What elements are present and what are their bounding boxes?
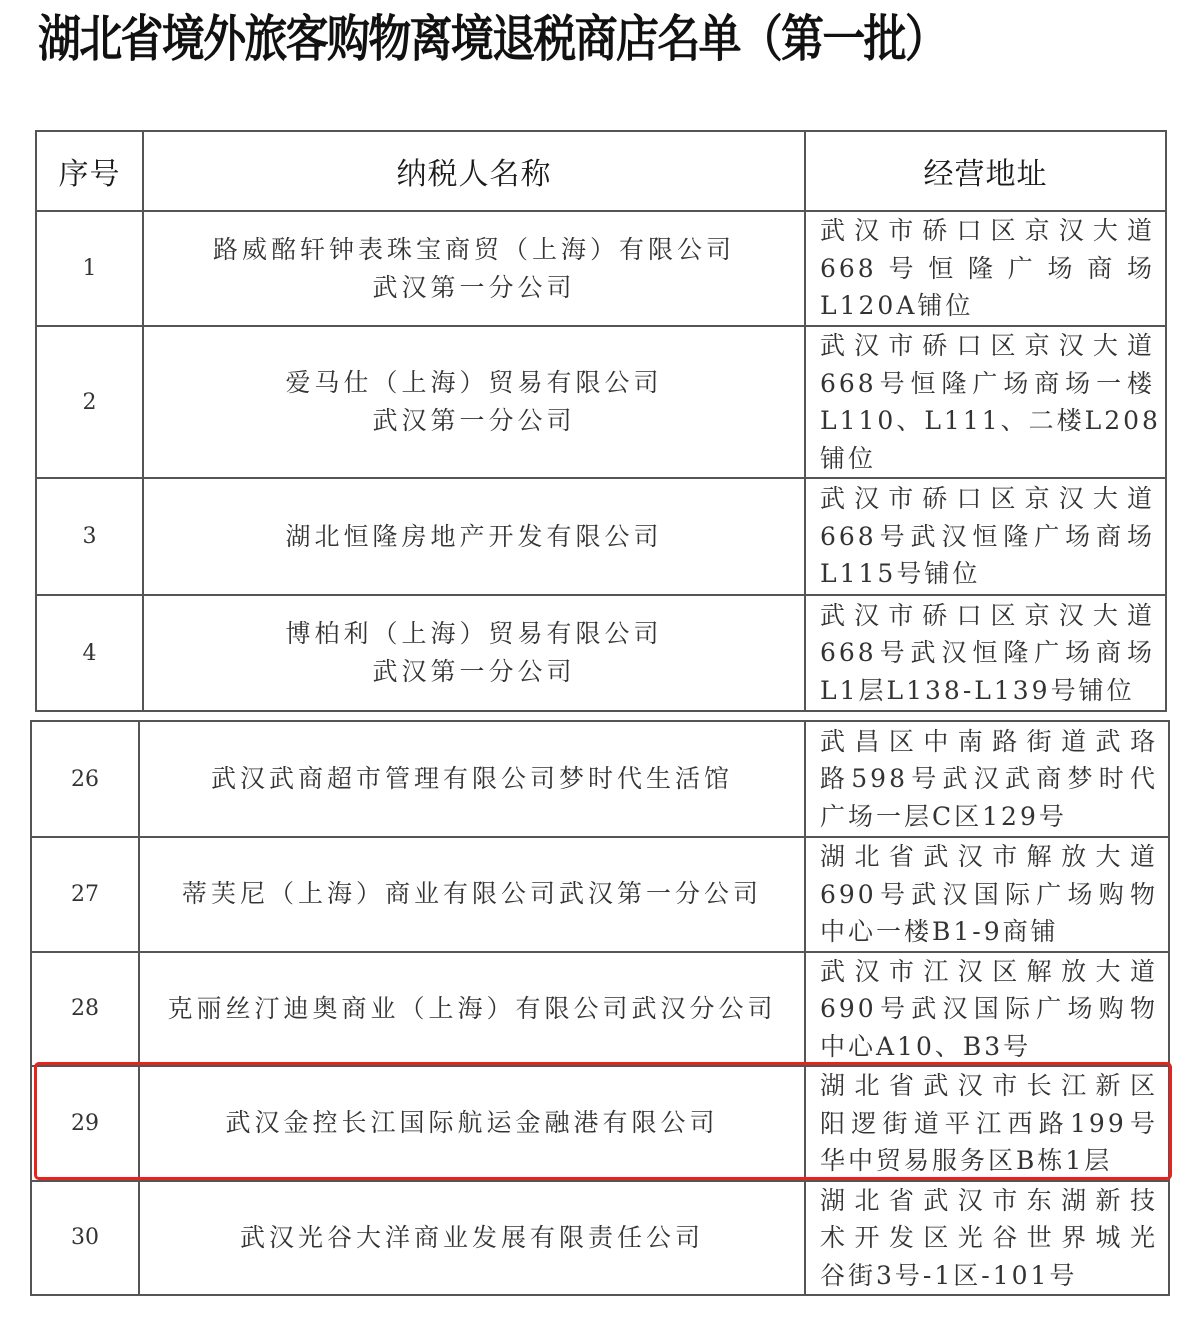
table-row: 2 爱马仕（上海）贸易有限公司 武汉第一分公司 武汉市硚口区京汉大道 668号恒…	[36, 326, 1166, 478]
address-line: L115号铺位	[820, 555, 1155, 593]
name-line: 武汉第一分公司	[144, 402, 804, 440]
table-row: 28 克丽丝汀迪奥商业（上海）有限公司武汉分公司 武汉市江汉区解放大道 690号…	[31, 952, 1169, 1067]
row-address: 武汉市江汉区解放大道 690号武汉国际广场购物 中心A10、B3号	[805, 952, 1169, 1067]
row-address: 湖北省武汉市东湖新技 术开发区光谷世界城光 谷街3号-1区-101号	[805, 1181, 1169, 1296]
row-taxpayer-name: 爱马仕（上海）贸易有限公司 武汉第一分公司	[143, 326, 805, 478]
address-line: 690号武汉国际广场购物	[820, 876, 1158, 914]
row-taxpayer-name: 武汉光谷大洋商业发展有限责任公司	[139, 1181, 805, 1296]
address-line: L1层L138-L139号铺位	[820, 672, 1155, 710]
name-line: 武汉第一分公司	[144, 269, 804, 307]
address-line: L110、L111、二楼L208	[820, 402, 1155, 440]
row-seq: 3	[36, 478, 143, 595]
name-line: 蒂芙尼（上海）商业有限公司武汉第一分公司	[140, 875, 804, 913]
table-row: 27 蒂芙尼（上海）商业有限公司武汉第一分公司 湖北省武汉市解放大道 690号武…	[31, 837, 1169, 952]
document-title: 湖北省境外旅客购物离境退税商店名单（第一批）	[38, 4, 1036, 74]
address-line: 690号武汉国际广场购物	[820, 990, 1158, 1028]
row-taxpayer-name: 蒂芙尼（上海）商业有限公司武汉第一分公司	[139, 837, 805, 952]
row-address: 武汉市硚口区京汉大道 668号恒隆广场商场一楼 L110、L111、二楼L208…	[805, 326, 1166, 478]
row-seq: 1	[36, 211, 143, 326]
row-taxpayer-name: 克丽丝汀迪奥商业（上海）有限公司武汉分公司	[139, 952, 805, 1067]
address-line: 阳逻街道平江西路199号	[820, 1105, 1158, 1143]
address-line: 武汉市硚口区京汉大道	[820, 480, 1155, 518]
table-row: 26 武汉武商超市管理有限公司梦时代生活馆 武昌区中南路街道武珞 路598号武汉…	[31, 721, 1169, 837]
name-line: 路威酩轩钟表珠宝商贸（上海）有限公司	[144, 231, 804, 269]
row-taxpayer-name: 湖北恒隆房地产开发有限公司	[143, 478, 805, 595]
address-line: 武汉市硚口区京汉大道	[820, 212, 1155, 250]
address-line: 中心A10、B3号	[820, 1028, 1158, 1066]
row-seq: 30	[31, 1181, 139, 1296]
address-line: 668号武汉恒隆广场商场	[820, 634, 1155, 672]
row-seq: 29	[31, 1066, 139, 1181]
row-seq: 4	[36, 595, 143, 711]
name-line: 博柏利（上海）贸易有限公司	[144, 615, 804, 653]
address-line: 武汉市硚口区京汉大道	[820, 327, 1155, 365]
store-table-part-2: 26 武汉武商超市管理有限公司梦时代生活馆 武昌区中南路街道武珞 路598号武汉…	[30, 720, 1170, 1296]
address-line: 668号恒隆广场商场一楼	[820, 365, 1155, 403]
address-line: 668号武汉恒隆广场商场	[820, 518, 1155, 556]
store-table-part-1: 序号 纳税人名称 经营地址 1 路威酩轩钟表珠宝商贸（上海）有限公司 武汉第一分…	[35, 130, 1167, 712]
table-row-highlighted: 29 武汉金控长江国际航运金融港有限公司 湖北省武汉市长江新区 阳逻街道平江西路…	[31, 1066, 1169, 1181]
name-line: 湖北恒隆房地产开发有限公司	[144, 518, 804, 556]
address-line: 华中贸易服务区B栋1层	[820, 1142, 1158, 1180]
name-line: 武汉金控长江国际航运金融港有限公司	[140, 1104, 804, 1142]
address-line: 武汉市硚口区京汉大道	[820, 597, 1155, 635]
header-business-address: 经营地址	[805, 131, 1166, 211]
address-line: 中心一楼B1-9商铺	[820, 913, 1158, 951]
header-taxpayer-name: 纳税人名称	[143, 131, 805, 211]
name-line: 武汉光谷大洋商业发展有限责任公司	[140, 1219, 804, 1257]
name-line: 武汉武商超市管理有限公司梦时代生活馆	[140, 760, 804, 798]
row-address: 武汉市硚口区京汉大道 668号武汉恒隆广场商场 L1层L138-L139号铺位	[805, 595, 1166, 711]
name-line: 克丽丝汀迪奥商业（上海）有限公司武汉分公司	[140, 990, 804, 1028]
address-line: L120A铺位	[820, 287, 1155, 325]
address-line: 术开发区光谷世界城光	[820, 1219, 1158, 1257]
row-address: 武昌区中南路街道武珞 路598号武汉武商梦时代 广场一层C区129号	[805, 721, 1169, 837]
address-line: 路598号武汉武商梦时代	[820, 760, 1158, 798]
row-address: 湖北省武汉市长江新区 阳逻街道平江西路199号 华中贸易服务区B栋1层	[805, 1066, 1169, 1181]
name-line: 爱马仕（上海）贸易有限公司	[144, 364, 804, 402]
address-line: 湖北省武汉市解放大道	[820, 838, 1158, 876]
header-seq: 序号	[36, 131, 143, 211]
row-address: 湖北省武汉市解放大道 690号武汉国际广场购物 中心一楼B1-9商铺	[805, 837, 1169, 952]
address-line: 湖北省武汉市东湖新技	[820, 1182, 1158, 1220]
address-line: 湖北省武汉市长江新区	[820, 1067, 1158, 1105]
address-line: 铺位	[820, 440, 1155, 478]
address-line: 谷街3号-1区-101号	[820, 1257, 1158, 1295]
address-line: 武汉市江汉区解放大道	[820, 953, 1158, 991]
address-line: 武昌区中南路街道武珞	[820, 723, 1158, 761]
row-address: 武汉市硚口区京汉大道 668号恒隆广场商场 L120A铺位	[805, 211, 1166, 326]
table-row: 4 博柏利（上海）贸易有限公司 武汉第一分公司 武汉市硚口区京汉大道 668号武…	[36, 595, 1166, 711]
table-row: 30 武汉光谷大洋商业发展有限责任公司 湖北省武汉市东湖新技 术开发区光谷世界城…	[31, 1181, 1169, 1296]
row-taxpayer-name: 武汉金控长江国际航运金融港有限公司	[139, 1066, 805, 1181]
name-line: 武汉第一分公司	[144, 653, 804, 691]
address-line: 广场一层C区129号	[820, 798, 1158, 836]
row-seq: 2	[36, 326, 143, 478]
row-seq: 26	[31, 721, 139, 837]
row-seq: 27	[31, 837, 139, 952]
table-row: 1 路威酩轩钟表珠宝商贸（上海）有限公司 武汉第一分公司 武汉市硚口区京汉大道 …	[36, 211, 1166, 326]
table-row: 3 湖北恒隆房地产开发有限公司 武汉市硚口区京汉大道 668号武汉恒隆广场商场 …	[36, 478, 1166, 595]
row-taxpayer-name: 博柏利（上海）贸易有限公司 武汉第一分公司	[143, 595, 805, 711]
row-taxpayer-name: 路威酩轩钟表珠宝商贸（上海）有限公司 武汉第一分公司	[143, 211, 805, 326]
row-taxpayer-name: 武汉武商超市管理有限公司梦时代生活馆	[139, 721, 805, 837]
row-seq: 28	[31, 952, 139, 1067]
row-address: 武汉市硚口区京汉大道 668号武汉恒隆广场商场 L115号铺位	[805, 478, 1166, 595]
address-line: 668号恒隆广场商场	[820, 250, 1155, 288]
table-header-row: 序号 纳税人名称 经营地址	[36, 131, 1166, 211]
